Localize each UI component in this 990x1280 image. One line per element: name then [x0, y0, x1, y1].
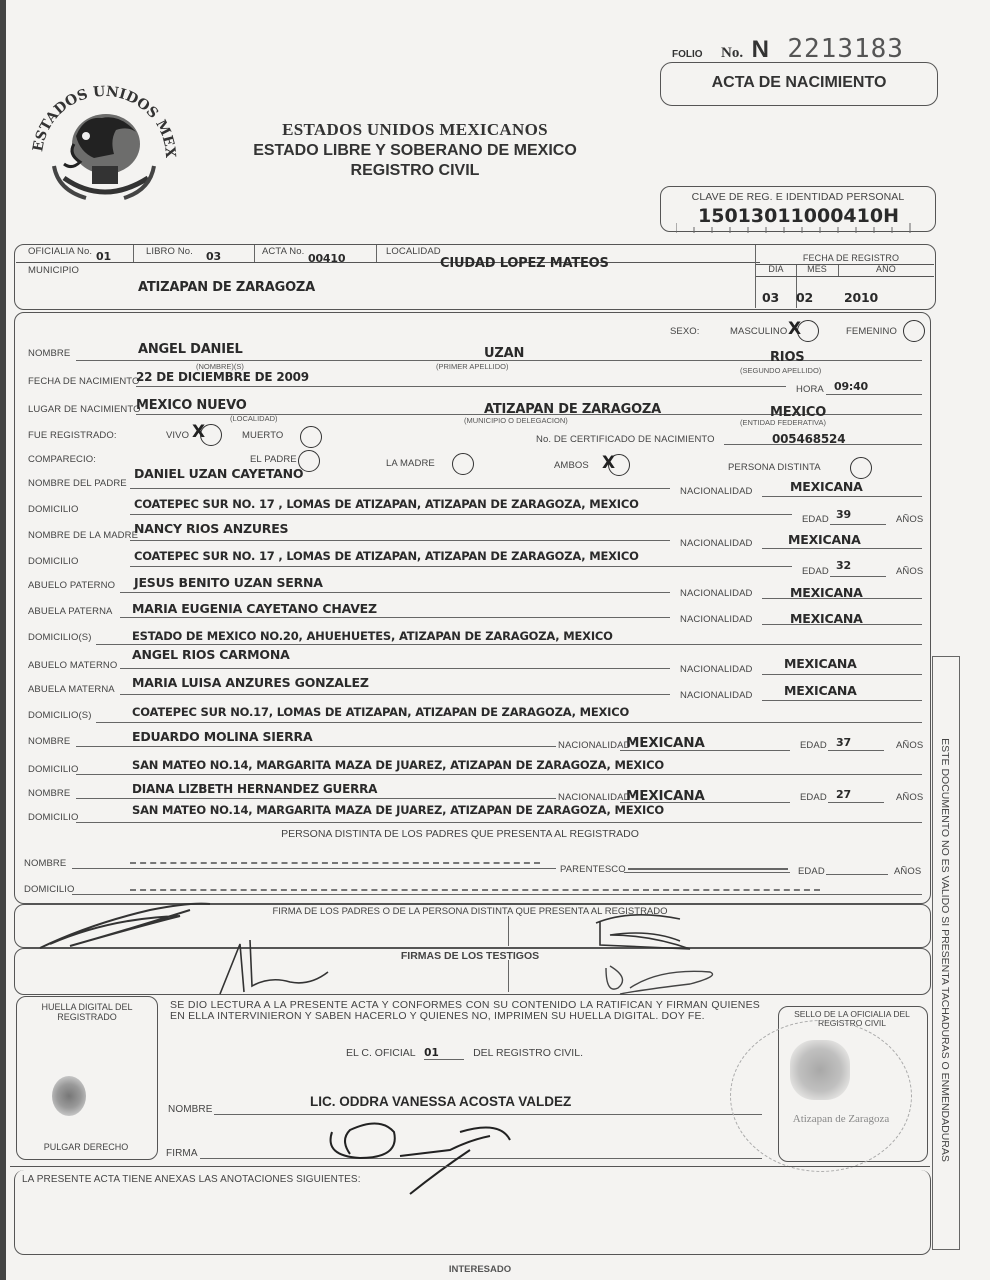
hora-label: HORA: [796, 384, 824, 395]
underline: [828, 802, 884, 803]
underline: [762, 674, 922, 675]
cancel-strike: [130, 889, 820, 891]
comparecio-label: COMPARECIO:: [28, 454, 96, 465]
domicilios-label: DOMICILIO(S): [28, 710, 91, 721]
abuelo-materno-label: ABUELO MATERNO: [28, 660, 117, 671]
localidad-value: CIUDAD LOPEZ MATEOS: [440, 256, 609, 271]
folio-series: N: [752, 36, 769, 63]
localidad-label: LOCALIDAD: [386, 246, 441, 257]
persona-distinta-label: PERSONA DISTINTA: [728, 462, 821, 473]
masculino-label: MASCULINO: [730, 326, 787, 337]
underline: [120, 617, 670, 618]
underline: [72, 894, 922, 895]
testigo1-nacionalidad: MEXICANA: [626, 735, 705, 751]
document-type: ACTA DE NACIMIENTO: [660, 74, 938, 92]
nombre-label: NOMBRE: [28, 348, 70, 359]
maternos-domicilio: COATEPEC SUR NO.17, LOMAS DE ATIZAPAN, A…: [132, 705, 629, 719]
certificado-value: 005468524: [772, 432, 845, 446]
coat-of-arms-seal: ESTADOS UNIDOS MEXICANOS: [24, 66, 184, 216]
folio: FOLIO No. N 2213183: [672, 34, 904, 64]
testigo1-nombre-label: NOMBRE: [28, 736, 70, 747]
dia-value: 03: [762, 290, 779, 305]
underline: [624, 872, 790, 873]
fue-registrado-label: FUE REGISTRADO:: [28, 430, 117, 441]
underline: [76, 798, 556, 799]
underline: [76, 746, 556, 747]
oficial-number: 01: [424, 1047, 464, 1060]
domicilio-label: DOMICILIO: [28, 556, 79, 567]
dia-label: DIA: [756, 264, 796, 274]
segundo-apellido-value: RIOS: [770, 350, 804, 365]
underline: [72, 868, 556, 869]
mes-label: MES: [796, 264, 838, 274]
fecha-nac-label: FECHA DE NACIMIENTO: [28, 376, 140, 387]
folio-number: 2213183: [787, 34, 904, 64]
mes-value: 02: [796, 290, 813, 305]
padre-label: NOMBRE DEL PADRE: [28, 478, 127, 489]
edad-label: EDAD: [802, 566, 829, 577]
abuela-paterna-value: MARIA EUGENIA CAYETANO CHAVEZ: [132, 601, 377, 616]
abuelo-materno-nacionalidad: MEXICANA: [784, 656, 857, 671]
padre-domicilio: COATEPEC SUR NO. 17 , LOMAS DE ATIZAPAN,…: [134, 497, 639, 511]
madre-nacionalidad: MEXICANA: [788, 532, 861, 547]
la-madre-label: LA MADRE: [386, 458, 435, 469]
statement-text: SE DIO LECTURA A LA PRESENTE ACTA Y CONF…: [170, 1000, 760, 1022]
underline: [828, 750, 884, 751]
abuela-paterna-nacionalidad: MEXICANA: [790, 611, 863, 626]
el-padre-label: EL PADRE: [250, 454, 297, 465]
underline: [762, 548, 922, 549]
abuela-materna-label: ABUELA MATERNA: [28, 684, 115, 695]
oficialia-label: OFICIALIA No.: [28, 246, 92, 257]
vivo-mark: X: [192, 422, 205, 442]
other-edad-label: EDAD: [798, 866, 825, 877]
underline: [96, 722, 922, 723]
edad-label: EDAD: [802, 514, 829, 525]
testigo2-domicilio: SAN MATEO NO.14, MARGARITA MAZA DE JUARE…: [132, 803, 664, 817]
divider: [508, 916, 509, 946]
underline: [76, 774, 922, 775]
anios-label: AÑOS: [896, 566, 923, 577]
fecha-registro-label: FECHA DE REGISTRO: [776, 253, 926, 263]
thumb-label: PULGAR DERECHO: [16, 1142, 156, 1152]
divider: [376, 245, 377, 262]
libro-value: 03: [206, 250, 221, 263]
other-anios-label: AÑOS: [894, 866, 921, 877]
abuela-paterna-label: ABUELA PATERNA: [28, 606, 112, 617]
testigo2-anios-label: AÑOS: [896, 792, 923, 803]
underline: [136, 386, 786, 387]
domicilio-label: DOMICILIO: [28, 504, 79, 515]
curp-label: CLAVE DE REG. E IDENTIDAD PERSONAL: [660, 191, 936, 203]
divider: [10, 1166, 930, 1167]
testigo1-edad-label: EDAD: [800, 740, 827, 751]
testigo1-nombre: EDUARDO MOLINA SIERRA: [132, 729, 312, 744]
persona-distinta-checkbox[interactable]: [850, 457, 872, 479]
testigo2-nombre: DIANA LIZBETH HERNANDEZ GUERRA: [132, 782, 377, 796]
parent-signature-2: [590, 905, 700, 955]
testigo2-nacionalidad: MEXICANA: [626, 788, 705, 804]
divider: [838, 264, 839, 276]
registry-divider: [16, 262, 760, 263]
padre-value: DANIEL UZAN CAYETANO: [134, 466, 303, 481]
witnesses-signature-title: FIRMAS DE LOS TESTIGOS: [300, 950, 640, 962]
underline: [130, 514, 792, 515]
masculino-mark: X: [788, 319, 801, 339]
underline: [120, 668, 670, 669]
witness-signature-1: [210, 936, 330, 996]
divider: [508, 960, 509, 992]
abuela-materna-value: MARIA LUISA ANZURES GONZALEZ: [132, 675, 369, 690]
nacionalidad-label: NACIONALIDAD: [680, 664, 752, 675]
underline: [130, 566, 792, 567]
other-person-title: PERSONA DISTINTA DE LOS PADRES QUE PRESE…: [180, 828, 740, 840]
oficialia-value: 01: [96, 250, 111, 263]
cancel-strike: [628, 868, 788, 870]
testigo1-anios-label: AÑOS: [896, 740, 923, 751]
padre-nacionalidad: MEXICANA: [790, 479, 863, 494]
underline: [96, 644, 922, 645]
underline: [826, 394, 922, 395]
annotations-label: LA PRESENTE ACTA TIENE ANEXAS LAS ANOTAC…: [22, 1174, 361, 1185]
interesado-label: INTERESADO: [380, 1264, 580, 1275]
sexo-label: SEXO:: [670, 326, 700, 337]
fingerprint-label: HUELLA DIGITAL DEL REGISTRADO: [30, 1002, 144, 1022]
divider: [756, 276, 934, 277]
municipio-value: ATIZAPAN DE ZARAGOZA: [138, 280, 315, 295]
witness-signature-2: [600, 958, 730, 998]
underline: [130, 488, 670, 489]
abuelo-paterno-value: JESUS BENITO UZAN SERNA: [134, 575, 323, 590]
testigo2-nombre-label: NOMBRE: [28, 788, 70, 799]
domicilios-label: DOMICILIO(S): [28, 632, 91, 643]
title-registry: REGISTRO CIVIL: [210, 162, 620, 180]
municipio-nac-value: ATIZAPAN DE ZARAGOZA: [484, 402, 661, 417]
abuelo-materno-value: ANGEL RIOS CARMONA: [132, 647, 290, 662]
abuelo-paterno-nacionalidad: MEXICANA: [790, 585, 863, 600]
stamp-text: Atizapan de Zaragoza: [786, 1112, 896, 1126]
underline: [120, 592, 670, 593]
testigo2-edad-label: EDAD: [800, 792, 827, 803]
municipio-nac-sub: (MUNICIPIO O DELEGACION): [464, 416, 568, 425]
primer-apellido-sub: (PRIMER APELLIDO): [436, 362, 509, 371]
testigo2-edad: 27: [836, 788, 851, 801]
curp-ticks: [676, 220, 916, 230]
other-domicilio-label: DOMICILIO: [24, 884, 75, 895]
municipio-label: MUNICIPIO: [28, 265, 79, 276]
acta-label: ACTA No.: [262, 246, 304, 257]
muerto-checkbox[interactable]: [300, 426, 322, 448]
underline: [130, 540, 670, 541]
madre-value: NANCY RIOS ANZURES: [134, 521, 288, 536]
nacionalidad-label: NACIONALIDAD: [680, 588, 752, 599]
lugar-nac-label: LUGAR DE NACIMIENTO: [28, 404, 141, 415]
testigo2-domicilio-label: DOMICILIO: [28, 812, 79, 823]
scan-edge: [0, 0, 6, 1280]
anio-value: 2010: [844, 290, 878, 305]
side-warning-text: ESTE DOCUMENTO NO ES VALIDO SI PRESENTA …: [939, 670, 951, 1230]
underline: [76, 822, 922, 823]
nacionalidad-label: NACIONALIDAD: [680, 486, 752, 497]
folio-label: FOLIO: [672, 49, 703, 60]
nombres-value: ANGEL DANIEL: [138, 342, 243, 357]
oficial-suffix: DEL REGISTRO CIVIL.: [473, 1047, 583, 1059]
primer-apellido-value: UZAN: [484, 346, 524, 361]
underline: [120, 694, 670, 695]
title-country: ESTADOS UNIDOS MEXICANOS: [210, 120, 620, 140]
oficial-firma-label: FIRMA: [166, 1148, 198, 1159]
abuelo-paterno-label: ABUELO PATERNO: [28, 580, 115, 591]
nacionalidad-label: NACIONALIDAD: [680, 538, 752, 549]
divider: [133, 245, 134, 262]
femenino-label: FEMENINO: [846, 326, 897, 337]
title-state: ESTADO LIBRE Y SOBERANO DE MEXICO: [210, 142, 620, 160]
other-nombre-label: NOMBRE: [24, 858, 66, 869]
underline: [826, 874, 888, 875]
paternos-domicilio: ESTADO DE MEXICO NO.20, AHUEHUETES, ATIZ…: [132, 629, 613, 643]
hora-value: 09:40: [834, 380, 868, 393]
fingerprint-icon: [52, 1076, 86, 1116]
oficial-nombre-label: NOMBRE: [168, 1104, 213, 1115]
oficial-prefix: EL C. OFICIAL: [346, 1047, 415, 1059]
ambos-label: AMBOS: [554, 460, 589, 471]
femenino-checkbox[interactable]: [903, 320, 925, 342]
acta-value: 00410: [308, 252, 345, 265]
eagle-emblem-icon: ESTADOS UNIDOS MEXICANOS: [24, 66, 184, 216]
padre-edad: 39: [836, 508, 851, 521]
segundo-apellido-sub: (SEGUNDO APELLIDO): [740, 366, 821, 375]
ambos-mark: X: [602, 453, 615, 473]
libro-label: LIBRO No.: [146, 246, 193, 257]
testigo1-domicilio: SAN MATEO NO.14, MARGARITA MAZA DE JUARE…: [132, 758, 664, 772]
oficial-line: EL C. OFICIAL 01 DEL REGISTRO CIVIL.: [346, 1047, 583, 1060]
anios-label: AÑOS: [896, 514, 923, 525]
cancel-strike: [130, 862, 540, 864]
localidad-nac-value: MEXICO NUEVO: [136, 398, 247, 413]
muerto-label: MUERTO: [242, 430, 283, 441]
testigo1-edad: 37: [836, 736, 851, 749]
fecha-nac-value: 22 DE DICIEMBRE DE 2009: [136, 370, 309, 384]
underline: [830, 576, 886, 577]
underline: [762, 700, 922, 701]
folio-no-label: No.: [721, 45, 743, 61]
madre-edad: 32: [836, 559, 851, 572]
oficial-nombre-value: LIC. ODDRA VANESSA ACOSTA VALDEZ: [310, 1094, 571, 1109]
madre-domicilio: COATEPEC SUR NO. 17 , LOMAS DE ATIZAPAN,…: [134, 549, 639, 563]
testigo1-domicilio-label: DOMICILIO: [28, 764, 79, 775]
certificado-label: No. DE CERTIFICADO DE NACIMIENTO: [536, 434, 715, 445]
underline: [830, 524, 886, 525]
underline: [762, 496, 922, 497]
divider: [254, 245, 255, 262]
abuela-materna-nacionalidad: MEXICANA: [784, 683, 857, 698]
nacionalidad-label: NACIONALIDAD: [680, 614, 752, 625]
stamp-emblem-icon: [790, 1040, 850, 1100]
other-parentesco-label: PARENTESCO: [560, 864, 626, 875]
localidad-nac-sub: (LOCALIDAD): [230, 414, 278, 423]
la-madre-checkbox[interactable]: [452, 453, 474, 475]
anio-label: AÑO: [876, 264, 896, 274]
madre-label: NOMBRE DE LA MADRE: [28, 530, 138, 541]
vivo-label: VIVO: [166, 430, 189, 441]
nacionalidad-label: NACIONALIDAD: [680, 690, 752, 701]
entidad-sub: (ENTIDAD FEDERATIVA): [740, 418, 826, 427]
